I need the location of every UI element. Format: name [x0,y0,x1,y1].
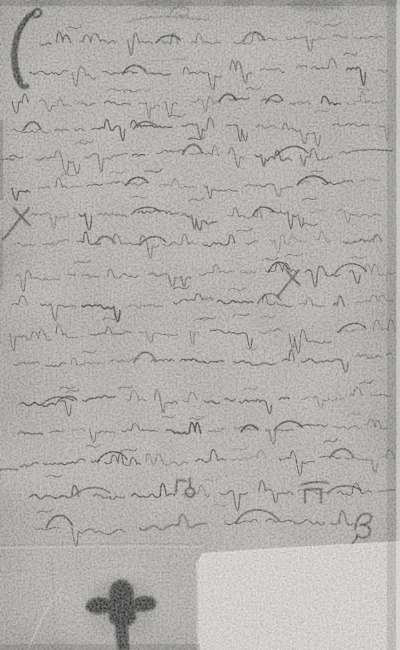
film-grain-light [0,0,400,650]
manuscript-render [0,0,400,650]
manuscript-photo [0,0,400,650]
